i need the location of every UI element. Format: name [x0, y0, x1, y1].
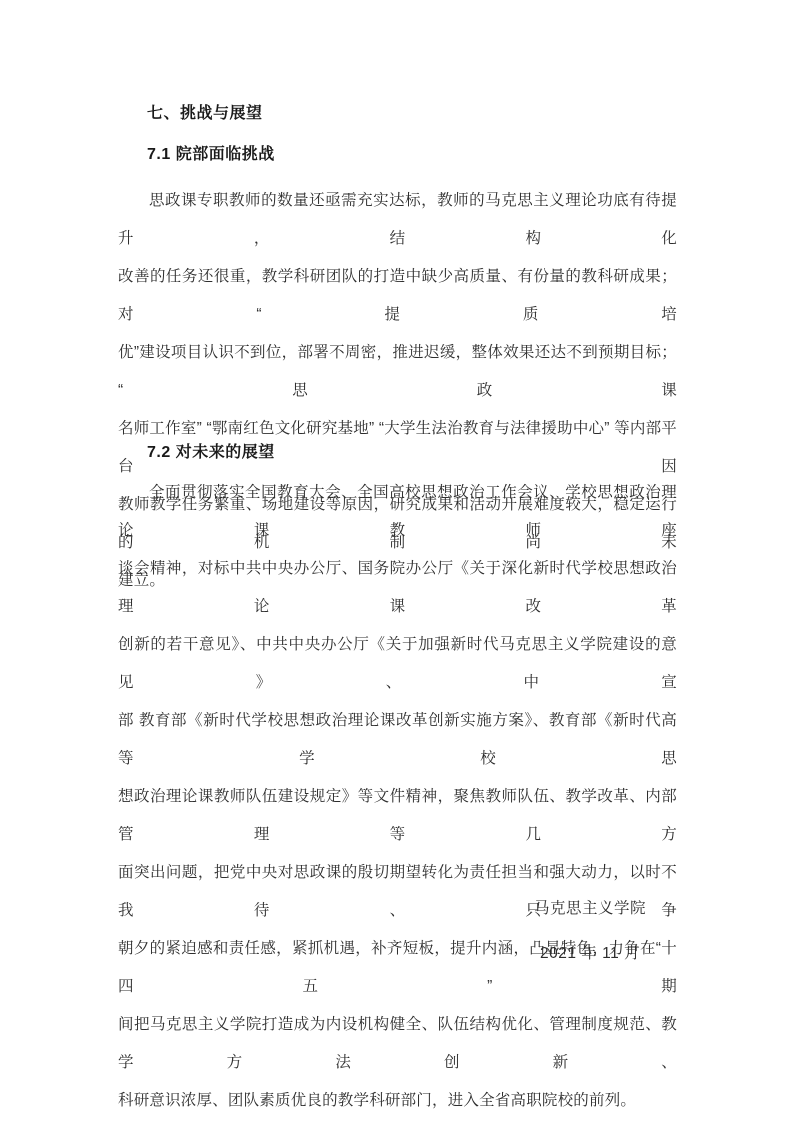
text-line: 优”建设项目认识不到位，部署不周密，推进迟缓，整体效果还达不到预期目标；“思政课: [118, 334, 677, 410]
text-line: 思政课专职教师的数量还亟需充实达标，教师的马克思主义理论功底有待提升，结构化: [118, 182, 677, 258]
text-line: 创新的若干意见》、中共中央办公厅《关于加强新时代马克思主义学院建设的意见》、中宣: [118, 626, 677, 702]
text-line: 想政治理论课教师队伍建设规定》等文件精神，聚焦教师队伍、教学改革、内部管理等几方: [118, 778, 677, 854]
signature: 马克思主义学院: [460, 886, 720, 931]
text-line: 谈会精神，对标中共中央办公厅、国务院办公厅《关于深化新时代学校思想政治理论课改革: [118, 550, 677, 626]
subsection-heading-7-1: 7.1 院部面临挑战: [118, 136, 706, 174]
text-line: 科研意识浓厚、团队素质优良的教学科研部门，进入全省高职院校的前列。: [118, 1082, 677, 1120]
text-line: 部 教育部《新时代学校思想政治理论课改革创新实施方案》、教育部《新时代高等学校思: [118, 702, 677, 778]
text-line: 间把马克思主义学院打造成为内设机构健全、队伍结构优化、管理制度规范、教学方法创新…: [118, 1006, 677, 1082]
text-line: 改善的任务还很重，教学科研团队的打造中缺少高质量、有份量的教科研成果；对“提质培: [118, 258, 677, 334]
document-page: 七、挑战与展望 7.1 院部面临挑战 思政课专职教师的数量还亟需充实达标，教师的…: [0, 0, 794, 1123]
date-line: 2021 年 11 月: [460, 931, 720, 976]
text-line: 全面贯彻落实全国教育大会、全国高校思想政治工作会议、学校思想政治理论课教师座: [118, 474, 677, 550]
closing-block: 马克思主义学院 2021 年 11 月: [460, 886, 720, 976]
section-heading-7: 七、挑战与展望: [118, 95, 706, 133]
paragraph-outlook: 全面贯彻落实全国教育大会、全国高校思想政治工作会议、学校思想政治理论课教师座 谈…: [118, 474, 677, 1120]
subsection-heading-7-2: 7.2 对未来的展望: [118, 434, 706, 472]
